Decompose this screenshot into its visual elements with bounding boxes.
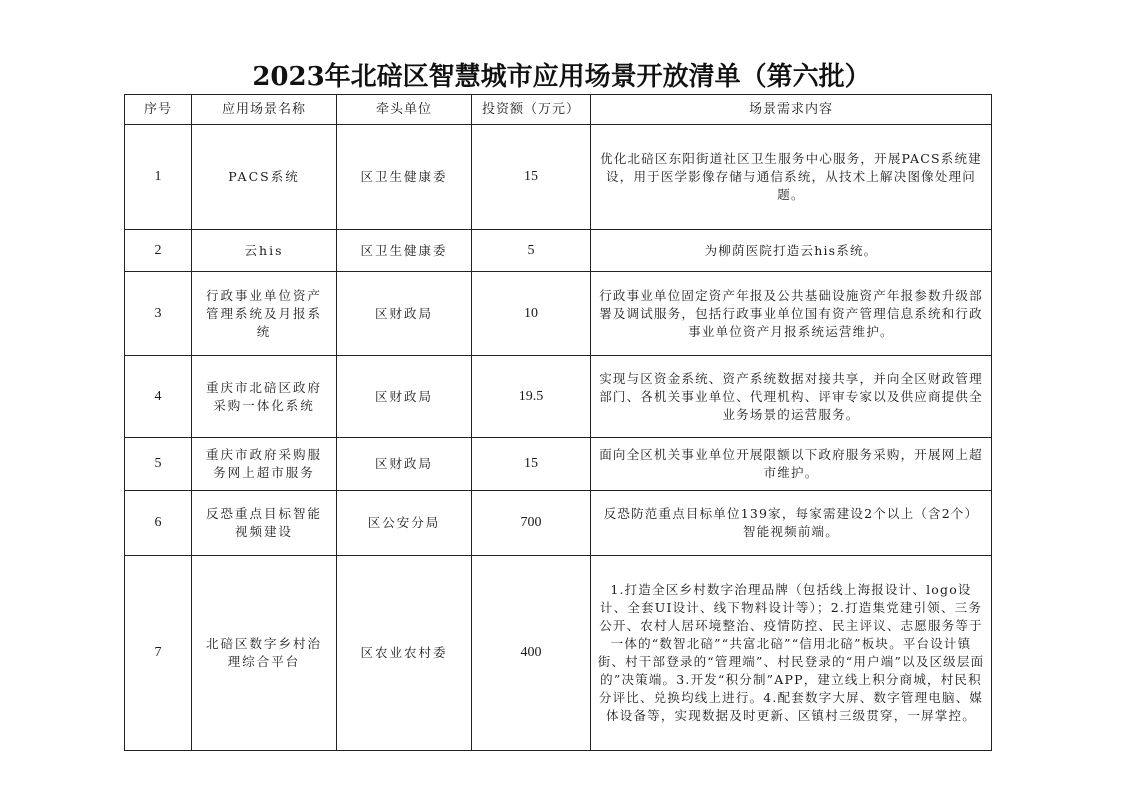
row-index: 7 [125, 556, 192, 751]
row-index: 4 [125, 356, 192, 438]
row-investment: 10 [472, 272, 591, 356]
table-header-row: 序号 应用场景名称 牵头单位 投资额（万元） 场景需求内容 [125, 95, 992, 125]
table-row: 1 PACS系统 区卫生健康委 15 优化北碚区东阳街道社区卫生服务中心服务，开… [125, 125, 992, 230]
header-index: 序号 [125, 95, 192, 125]
row-scenario-name: 重庆市北碚区政府采购一体化系统 [192, 356, 337, 438]
row-content: 优化北碚区东阳街道社区卫生服务中心服务，开展PACS系统建设，用于医学影像存储与… [591, 125, 992, 230]
row-scenario-name: 北碚区数字乡村治理综合平台 [192, 556, 337, 751]
row-index: 5 [125, 438, 192, 491]
header-content: 场景需求内容 [591, 95, 992, 125]
scenario-table: 序号 应用场景名称 牵头单位 投资额（万元） 场景需求内容 1 PACS系统 区… [124, 94, 992, 751]
row-content: 行政事业单位固定资产年报及公共基础设施资产年报参数升级部署及调试服务，包括行政事… [591, 272, 992, 356]
row-index: 2 [125, 230, 192, 272]
row-scenario-name: 重庆市政府采购服务网上超市服务 [192, 438, 337, 491]
table-row: 2 云his 区卫生健康委 5 为柳荫医院打造云his系统。 [125, 230, 992, 272]
row-lead-unit: 区财政局 [337, 272, 472, 356]
row-content: 为柳荫医院打造云his系统。 [591, 230, 992, 272]
header-investment: 投资额（万元） [472, 95, 591, 125]
header-scenario-name: 应用场景名称 [192, 95, 337, 125]
row-index: 6 [125, 491, 192, 556]
row-scenario-name: 行政事业单位资产管理系统及月报系统 [192, 272, 337, 356]
row-investment: 700 [472, 491, 591, 556]
table-row: 5 重庆市政府采购服务网上超市服务 区财政局 15 面向全区机关事业单位开展限额… [125, 438, 992, 491]
row-investment: 15 [472, 438, 591, 491]
row-scenario-name: 反恐重点目标智能视频建设 [192, 491, 337, 556]
document-title: 2023年北碚区智慧城市应用场景开放清单（第六批） [0, 56, 1123, 93]
row-investment: 15 [472, 125, 591, 230]
row-lead-unit: 区卫生健康委 [337, 230, 472, 272]
row-scenario-name: 云his [192, 230, 337, 272]
row-investment: 5 [472, 230, 591, 272]
table-row: 4 重庆市北碚区政府采购一体化系统 区财政局 19.5 实现与区资金系统、资产系… [125, 356, 992, 438]
row-investment: 19.5 [472, 356, 591, 438]
row-lead-unit: 区公安分局 [337, 491, 472, 556]
table-row: 6 反恐重点目标智能视频建设 区公安分局 700 反恐防范重点目标单位139家，… [125, 491, 992, 556]
row-lead-unit: 区财政局 [337, 438, 472, 491]
row-lead-unit: 区财政局 [337, 356, 472, 438]
row-content: 面向全区机关事业单位开展限额以下政府服务采购，开展网上超市维护。 [591, 438, 992, 491]
row-content: 实现与区资金系统、资产系统数据对接共享，并向全区财政管理部门、各机关事业单位、代… [591, 356, 992, 438]
table-row: 3 行政事业单位资产管理系统及月报系统 区财政局 10 行政事业单位固定资产年报… [125, 272, 992, 356]
row-lead-unit: 区农业农村委 [337, 556, 472, 751]
header-lead-unit: 牵头单位 [337, 95, 472, 125]
table-row: 7 北碚区数字乡村治理综合平台 区农业农村委 400 1.打造全区乡村数字治理品… [125, 556, 992, 751]
row-content: 反恐防范重点目标单位139家，每家需建设2个以上（含2个）智能视频前端。 [591, 491, 992, 556]
row-content: 1.打造全区乡村数字治理品牌（包括线上海报设计、logo设计、全套UI设计、线下… [591, 556, 992, 751]
row-lead-unit: 区卫生健康委 [337, 125, 472, 230]
row-index: 1 [125, 125, 192, 230]
row-index: 3 [125, 272, 192, 356]
row-scenario-name: PACS系统 [192, 125, 337, 230]
row-investment: 400 [472, 556, 591, 751]
